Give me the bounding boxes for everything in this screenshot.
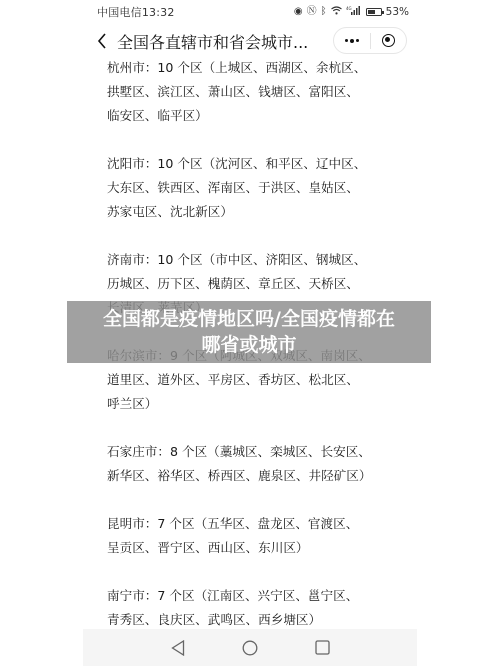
city-text-line: 苏家屯区、沈北新区） xyxy=(107,200,407,224)
city-text-line: 新华区、裕华区、桥西区、鹿泉区、井陉矿区） xyxy=(107,464,407,488)
city-entry-hangzhou: 杭州市：10 个区（上城区、西湖区、余杭区、 拱墅区、滨江区、萧山区、钱塘区、富… xyxy=(107,56,407,128)
system-recents-button[interactable] xyxy=(310,636,334,660)
chevron-left-icon xyxy=(97,33,107,49)
overlay-title-banner: 全国都是疫情地区吗/全国疫情都在 哪省或城市 xyxy=(67,301,431,363)
city-text-line: 呈贡区、晋宁区、西山区、东川区） xyxy=(107,536,407,560)
svg-text:4G: 4G xyxy=(346,6,352,11)
back-button[interactable] xyxy=(89,26,115,56)
wifi-icon xyxy=(331,6,342,18)
carrier-label: 中国电信 xyxy=(97,6,142,19)
city-entry-shenyang: 沈阳市：10 个区（沈河区、和平区、辽中区、 大东区、铁西区、浑南区、于洪区、皇… xyxy=(107,152,407,224)
nav-header: 全国各直辖市和省会城市... xyxy=(83,26,417,56)
nfc-icon: Ⓝ xyxy=(307,7,317,17)
city-text-line: 昆明市：7 个区（五华区、盘龙区、官渡区、 xyxy=(107,512,407,536)
status-left: 中国电信13:32 xyxy=(97,4,175,20)
city-text-line: 道里区、道外区、平房区、香坊区、松北区、 xyxy=(107,368,407,392)
eye-icon: ◉ xyxy=(294,7,303,17)
clock: 13:32 xyxy=(142,6,175,19)
status-right: ◉ Ⓝ ᛒ 4G 53% xyxy=(294,6,409,18)
4g-signal-icon: 4G xyxy=(346,6,360,18)
miniprogram-capsule xyxy=(333,27,407,54)
system-home-button[interactable] xyxy=(238,636,262,660)
city-text-line: 杭州市：10 个区（上城区、西湖区、余杭区、 xyxy=(107,56,407,80)
city-text-line: 历城区、历下区、槐荫区、章丘区、天桥区、 xyxy=(107,272,407,296)
status-bar: 中国电信13:32 ◉ Ⓝ ᛒ 4G 53% xyxy=(83,0,417,24)
close-miniprogram-button[interactable] xyxy=(370,28,406,53)
bluetooth-icon: ᛒ xyxy=(321,7,327,17)
battery-percent: 53% xyxy=(386,6,409,18)
city-text-line: 大东区、铁西区、浑南区、于洪区、皇姑区、 xyxy=(107,176,407,200)
square-recents-icon xyxy=(315,640,330,655)
battery-icon xyxy=(366,8,382,16)
city-entry-kunming: 昆明市：7 个区（五华区、盘龙区、官渡区、 呈贡区、晋宁区、西山区、东川区） xyxy=(107,512,407,560)
more-button[interactable] xyxy=(334,28,370,53)
city-entry-nanning: 南宁市：7 个区（江南区、兴宁区、邕宁区、 青秀区、良庆区、武鸣区、西乡塘区） xyxy=(107,584,407,632)
banner-line-2: 哪省或城市 xyxy=(201,332,296,358)
triangle-back-icon xyxy=(171,640,185,656)
system-back-button[interactable] xyxy=(166,636,190,660)
city-text-line: 沈阳市：10 个区（沈河区、和平区、辽中区、 xyxy=(107,152,407,176)
city-text-line: 南宁市：7 个区（江南区、兴宁区、邕宁区、 xyxy=(107,584,407,608)
city-entry-shijiazhuang: 石家庄市：8 个区（藁城区、栾城区、长安区、 新华区、裕华区、桥西区、鹿泉区、井… xyxy=(107,440,407,488)
city-text-line: 济南市：10 个区（市中区、济阳区、钢城区、 xyxy=(107,248,407,272)
target-circle-icon xyxy=(382,34,395,47)
banner-line-1: 全国都是疫情地区吗/全国疫情都在 xyxy=(103,306,395,332)
system-nav-bar xyxy=(83,629,417,666)
page-title: 全国各直辖市和省会城市... xyxy=(117,30,308,53)
city-text-line: 呼兰区） xyxy=(107,392,407,416)
circle-home-icon xyxy=(242,640,258,656)
city-text-line: 临安区、临平区） xyxy=(107,104,407,128)
more-dots-icon xyxy=(345,39,359,43)
city-text-line: 拱墅区、滨江区、萧山区、钱塘区、富阳区、 xyxy=(107,80,407,104)
city-text-line: 石家庄市：8 个区（藁城区、栾城区、长安区、 xyxy=(107,440,407,464)
